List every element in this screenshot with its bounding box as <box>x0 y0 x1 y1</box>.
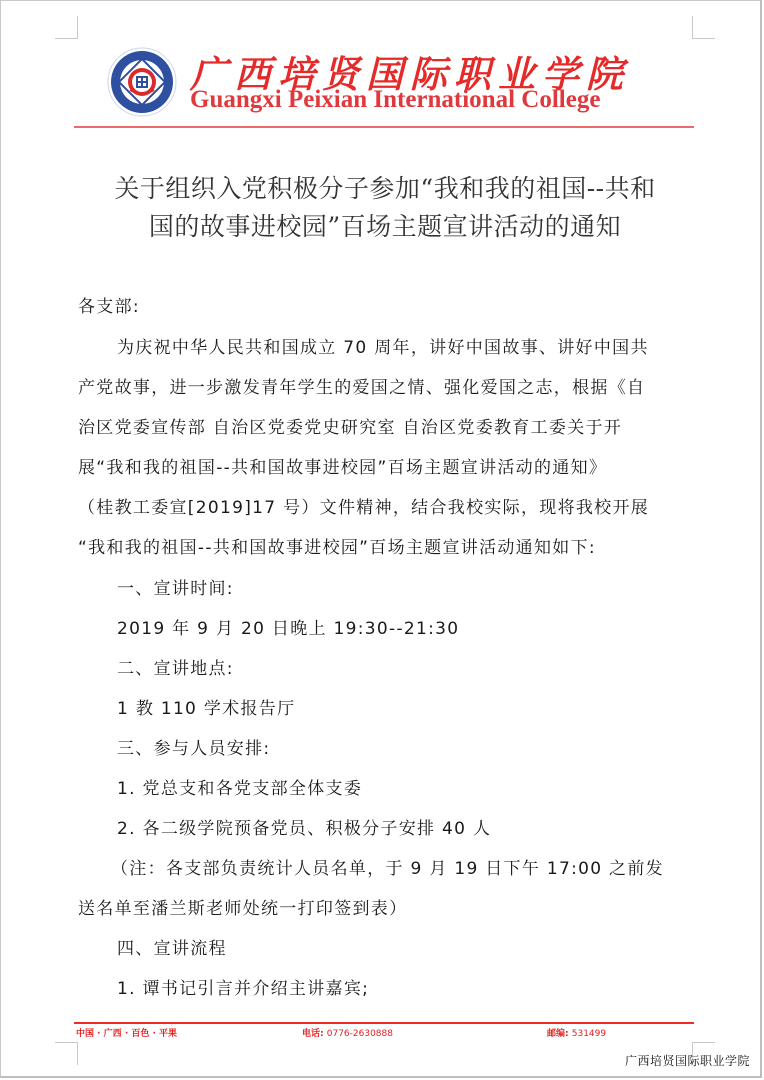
section-content-time: 2019 年 9 月 20 日晚上 19:30--21:30 <box>117 614 737 639</box>
paragraph-line: （桂教工委宣[2019]17 号）文件精神，结合我校实际，现将我校开展 <box>78 493 698 518</box>
footer-postcode-label: 邮编: <box>547 1029 569 1039</box>
section-content-location: 1 教 110 学术报告厅 <box>117 694 737 719</box>
paragraph-line: 产党故事，进一步激发青年学生的爱国之情、强化爱国之志，根据《自 <box>78 373 698 398</box>
participant-item: 2. 各二级学院预备党员、积极分子安排 40 人 <box>117 814 737 839</box>
footer-address: 中国 · 广西 · 百色 · 平果 <box>76 1026 177 1039</box>
paragraph-line: 为庆祝中华人民共和国成立 70 周年，讲好中国故事、讲好中国共 <box>117 333 737 358</box>
footer-phone-label: 电话: <box>302 1029 324 1039</box>
paragraph-line: “我和我的祖国--共和国故事进校园”百场主题宣讲活动通知如下: <box>78 533 698 558</box>
footer-phone-value: 0776-2630888 <box>327 1029 393 1039</box>
section-heading-process: 四、宣讲流程 <box>117 934 737 959</box>
title-line-2: 国的故事进校园”百场主题宣讲活动的通知 <box>70 208 700 246</box>
participant-note: （注：各支部负责统计人员名单，于 9 月 19 日下午 17:00 之前发 <box>111 854 731 879</box>
section-heading-location: 二、宣讲地点: <box>117 654 737 679</box>
footer-postcode: 邮编: 531499 <box>547 1026 606 1039</box>
footer-phone: 电话: 0776-2630888 <box>302 1026 393 1039</box>
participant-note: 送名单至潘兰斯老师处统一打印签到表） <box>78 894 698 919</box>
crop-mark-top-left <box>55 16 78 39</box>
school-emblem-icon <box>107 47 177 117</box>
participant-item: 1. 党总支和各党支部全体支委 <box>117 774 737 799</box>
title-line-1: 关于组织入党积极分子参加“我和我的祖国--共和 <box>70 170 700 208</box>
header-divider <box>74 126 694 128</box>
school-name-english: Guangxi Peixian International College <box>190 86 600 114</box>
footer-postcode-value: 531499 <box>572 1029 606 1039</box>
section-heading-time: 一、宣讲时间: <box>117 574 737 599</box>
paragraph-line: 展“我和我的祖国--共和国故事进校园”百场主题宣讲活动的通知》 <box>78 453 698 478</box>
process-item: 1. 谭书记引言并介绍主讲嘉宾; <box>117 974 737 999</box>
crop-mark-bottom-left <box>55 1042 78 1065</box>
footer-divider <box>74 1022 694 1024</box>
document-title: 关于组织入党积极分子参加“我和我的祖国--共和 国的故事进校园”百场主题宣讲活动… <box>70 170 700 246</box>
section-heading-participants: 三、参与人员安排: <box>117 734 737 759</box>
crop-mark-top-right <box>692 16 715 39</box>
watermark-text: 广西培贤国际职业学院 <box>625 1052 750 1069</box>
paragraph-line: 治区党委宣传部 自治区党委党史研究室 自治区党委教育工委关于开 <box>78 413 698 438</box>
salutation: 各支部: <box>78 292 698 317</box>
